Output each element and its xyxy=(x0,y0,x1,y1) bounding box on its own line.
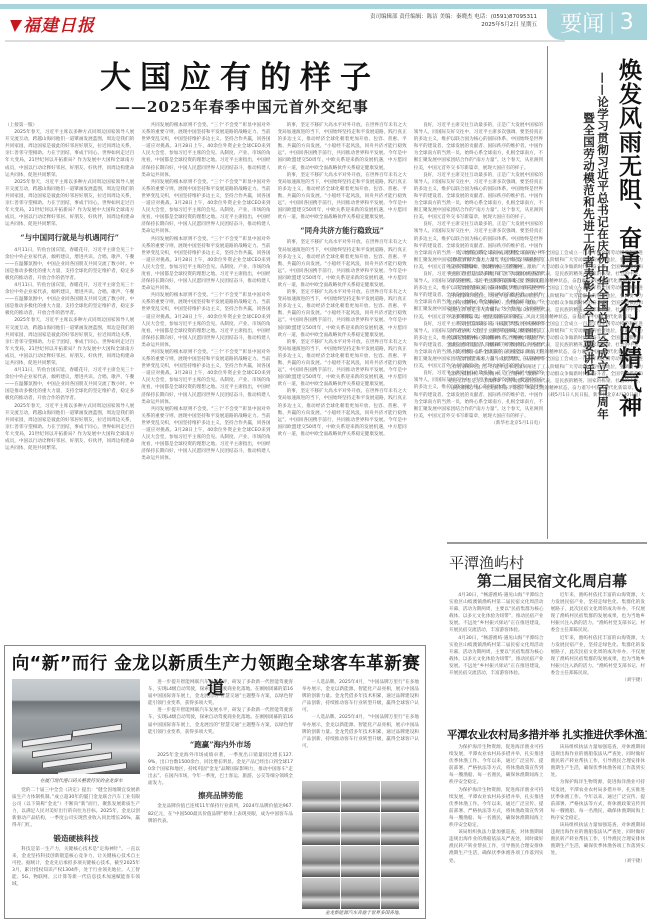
paragraph: 2025年春天，习近平主席以多种方式同周边国家领导人展开交流互动，跨越山海同他们… xyxy=(5,179,134,229)
paragraph: 共同发展的根本原则不会变。“三个‘不会变’”彰显中国对外关系的重要守则，展现中国… xyxy=(141,292,270,349)
lead-headline[interactable]: 大国应有的样子 xyxy=(5,52,475,97)
story-columns: 4月30日，“畅游渔屿·遇见山海”平潭综合实验区山岐澳镇渔屿村第二届民宿文化周活… xyxy=(449,592,645,718)
paragraph: 的事，坚定不移扩大高水平对外开放。在世界百年未有之大变局加速演进的当下，中国始终… xyxy=(278,172,407,222)
paragraph: 2025年金龙海外市场成绩卓著，一季度出口销量同比增长127.9%，出口台数15… xyxy=(148,752,293,787)
paragraph: 劳动创造未来，奋斗成就梦想。在庆祝中华全国总工会成立一百周年暨全国劳动模范和先进… xyxy=(448,321,643,356)
paragraph: 该局组织执法力量加强巡查，对休渔期间违规出海作业的渔船依法从严查处，同时做好渔民… xyxy=(449,829,544,864)
port-buses-photo[interactable] xyxy=(12,679,140,774)
paragraph: 的事，坚定不移扩大高水平对外开放。在世界百年未有之大变局加速演进的当下，中国始终… xyxy=(278,122,407,172)
story-column-2: 该局组织执法力量加强巡查，对休渔期间违规出海作业的渔船依法从严查处，同时做好渔民… xyxy=(551,744,646,922)
paragraph: 2025年春天，习近平主席以多种方式同周边国家领导人展开交流互动，跨越山海同他们… xyxy=(5,129,134,179)
paragraph: 劳动创造未来，奋斗成就梦想。在庆祝中华全国总工会成立一百周年暨全国劳动模范和先进… xyxy=(448,356,643,391)
story-headline-line2[interactable]: 第二届民宿文化周启幕 xyxy=(477,570,627,591)
pingtan-minsu-story[interactable]: 平潭渔屿村 第二届民宿文化周启幕 4月30日，“畅游渔屿·遇见山海”平潭综合实验… xyxy=(447,542,647,718)
masthead-divider xyxy=(5,40,565,42)
paragraph: 共同发展的根本原则不会变。“三个‘不会变’”彰显中国对外关系的重要守则，展现中国… xyxy=(141,179,270,236)
newspaper-logo[interactable]: 福建日报 xyxy=(8,11,95,36)
editor-line: 责司编辑部 责任编辑：陈洁 美编：秦晓杰 电话：(0591)87095311 xyxy=(370,13,537,21)
paragraph: 4月30日，“畅游渔屿·遇见山海”平潭综合实验区山岐澳镇渔屿村第二届民宿文化周活… xyxy=(449,635,544,678)
subhead: 锻造硬核科技 xyxy=(12,835,140,842)
subhead: “跑赢”海内外市场 xyxy=(148,741,293,748)
bus-collage-photo[interactable] xyxy=(302,781,419,909)
section-name: 要闻 xyxy=(560,7,604,38)
issue-date: 2025年5月2日 星期五 xyxy=(370,21,537,29)
story-column-1: 为保护海洋生物资源，促进海洋渔业可持续发展，平潭农业农村局多措并举，扎实推进伏季… xyxy=(449,744,544,922)
paragraph: 共同发展的根本原则不会变。“三个‘不会变’”彰显中国对外关系的重要守则，展现中国… xyxy=(141,122,270,179)
paragraph: 2025年春天，习近平主席以多种方式同周边国家领导人展开交流互动，跨越山海同他们… xyxy=(5,403,134,453)
page-number: 3 xyxy=(620,10,634,35)
paragraph: 劳动创造未来，奋斗成就梦想。在庆祝中华全国总工会成立一百周年暨全国劳动模范和先进… xyxy=(448,250,643,285)
paragraph: 的事，坚定不移扩大高水平对外开放。在世界百年未有之大变局加速演进的当下，中国始终… xyxy=(278,239,407,289)
paragraph: 2025年春天，习近平主席以多种方式同周边国家领导人展开交流互动，跨越山海同他们… xyxy=(5,317,134,367)
paragraph: 4月11日，钓鱼台国宾馆，春暖花开，习近平主席会见三十余位中外企业家代表，倾听建… xyxy=(5,282,134,317)
story-column-2: 近年来，渔屿村依托丰富的山海资源，大力发展民宿产业，坚持走绿色化、集群化的发展路… xyxy=(551,592,646,718)
lead-column-3: 的事，坚定不移扩大高水平对外开放。在世界百年未有之大变局加速演进的当下，中国始终… xyxy=(278,122,407,622)
feature-column-1: 党的二十届三中全会《决定》提出：“健全因地制宜发展新质生产力体制机制。”成立超3… xyxy=(12,787,140,915)
paragraph: 金龙品牌价值已连续11年保持行业前列，2024年品牌价值达967.82亿元，在“… xyxy=(148,803,293,824)
paragraph: 近年来，渔屿村依托丰富的山海资源，大力发展民宿产业，坚持走绿色化、集群化的发展路… xyxy=(551,592,646,635)
paragraph: 该局组织执法力量加强巡查，对休渔期间违规出海作业的渔船依法从严查处，同时做好渔民… xyxy=(551,822,646,857)
paragraph: 为保护海洋生物资源，促进海洋渔业可持续发展，平潭农业农村局多措并举，扎实推进伏季… xyxy=(449,744,544,787)
feature-column-2: 进一步提升智能网联汽车发展水平，研发了多款新一代智能驾驶客车，实现L4级自动驾驶… xyxy=(148,679,293,915)
paragraph: 4月11日，钓鱼台国宾馆，春暖花开，习近平主席会见三十余位中外企业家代表，倾听建… xyxy=(5,247,134,282)
paragraph: 良好，习近平主席交往互动最多的，正是广大发展中国家的领导人。同国际友好交往中，习… xyxy=(414,172,543,222)
subhead: 擦亮品牌势能 xyxy=(148,792,293,799)
paragraph: 一人选品牌。2025年4月，“中国品牌万里行”在多地举办展示，金龙以新能源、智能… xyxy=(302,714,419,749)
logo-flag-icon xyxy=(6,20,22,32)
paragraph: 一人选品牌。2025年4月，“中国品牌万里行”在多地举办展示，金龙以新能源、智能… xyxy=(302,679,419,714)
paragraph: 共同发展的根本原则不会变。“三个‘不会变’”彰显中国对外关系的重要守则，展现中国… xyxy=(141,406,270,463)
story-column-1: 4月30日，“畅游渔屿·遇见山海”平潭综合实验区山岐澳镇渔屿村第二届民宿文化周活… xyxy=(449,592,544,718)
paragraph: 的事，坚定不移扩大高水平对外开放。在世界百年未有之大变局加速演进的当下，中国始终… xyxy=(278,289,407,339)
continuation-note: （上接第一版） xyxy=(5,122,134,129)
author: （刘宇捷） xyxy=(551,677,646,684)
photo-caption: 金龙新能源汽车奔驰于世界多国各地。 xyxy=(325,910,403,916)
pingtan-fishing-story[interactable]: 平潭农业农村局多措并举 扎实推进伏季休渔工作 为保护海洋生物资源，促进海洋渔业可… xyxy=(447,722,647,923)
masthead: 福建日报 责司编辑部 责任编辑：陈洁 美编：秦晓杰 电话：(0591)87095… xyxy=(0,0,647,42)
paragraph: 近年来，渔屿村依托丰富的山海资源，大力发展民宿产业，坚持走绿色化、集群化的发展路… xyxy=(551,635,646,678)
paragraph: 该局组织执法力量加强巡查，对休渔期间违规出海作业的渔船依法从严查处，同时做好渔民… xyxy=(551,744,646,779)
paragraph: 共同发展的根本原则不会变。“三个‘不会变’”彰显中国对外关系的重要守则，展现中国… xyxy=(141,349,270,406)
dateline: （载5月1日人民日报，新华社北京4月30日电） xyxy=(448,392,643,399)
section-separator: | xyxy=(608,10,615,35)
lead-column-1: （上接第一版） 2025年春天，习近平主席以多种方式同周边国家领导人展开交流互动… xyxy=(5,122,134,622)
paragraph: 4月30日，“畅游渔屿·遇见山海”平潭综合实验区山岐澳镇渔屿村第二届民宿文化周活… xyxy=(449,592,544,635)
lead-subheadline: ——2025年春季中国元首外交纪事 xyxy=(115,96,369,117)
paragraph: 进一步提升智能网联汽车发展水平，研发了多款新一代智能驾驶客车，实现L4级自动驾驶… xyxy=(148,679,293,707)
story-headline[interactable]: 平潭农业农村局多措并举 扎实推进伏季休渔工作 xyxy=(447,727,647,742)
section-tab[interactable]: 要闻 | 3 xyxy=(547,4,647,40)
logo-text: 福建日报 xyxy=(23,16,95,36)
paragraph: 共同发展的根本原则不会变。“三个‘不会变’”彰显中国对外关系的重要守则，展现中国… xyxy=(141,236,270,293)
paragraph: 4月11日，钓鱼台国宾馆，春暖花开，习近平主席会见三十余位中外企业家代表，倾听建… xyxy=(5,367,134,402)
paragraph: 党的二十届三中全会《决定》提出：“健全因地制宜发展新质生产力体制机制。”成立超3… xyxy=(12,787,140,830)
king-long-feature[interactable]: 向“新”而行 金龙以新质生产力领跑全球客车革新赛道 在厦门现代港口码头整装待发的… xyxy=(4,645,426,919)
paragraph: 科技是第一生产力，关键核心技术是“定海神针”。一直以来，金龙坚持科技创新锻造核心… xyxy=(12,846,140,889)
paragraph: 进一步提升智能网联汽车发展水平，研发了多款新一代智能驾驶客车，实现L4级自动驾驶… xyxy=(148,707,293,735)
editor-credits: 责司编辑部 责任编辑：陈洁 美编：秦晓杰 电话：(0591)87095311 2… xyxy=(370,13,537,29)
paragraph: 为保护海洋生物资源，促进海洋渔业可持续发展，平潭农业农村局多措并举，扎实推进伏季… xyxy=(449,787,544,830)
paragraph: 的事，坚定不移扩大高水平对外开放。在世界百年未有之大变局加速演进的当下，中国始终… xyxy=(278,339,407,389)
photo-caption: 在厦门现代港口码头整装待发的金龙客车 xyxy=(40,778,123,784)
paragraph: 良好，习近平主席交往互动最多的，正是广大发展中国家的领导人。同国际友好交往中，习… xyxy=(414,122,543,172)
lead-column-2: 共同发展的根本原则不会变。“三个‘不会变’”彰显中国对外关系的重要守则，展现中国… xyxy=(141,122,270,622)
feature-column-3: 一人选品牌。2025年4月，“中国品牌万里行”在多地举办展示，金龙以新能源、智能… xyxy=(302,679,419,777)
subhead: “同舟共济方能行稳致远” xyxy=(278,227,407,234)
paragraph: 的事，坚定不移扩大高水平对外开放。在世界百年未有之大变局加速演进的当下，中国始终… xyxy=(278,388,407,438)
commentary-body: 劳动创造未来，奋斗成就梦想。在庆祝中华全国总工会成立一百周年暨全国劳动模范和先进… xyxy=(448,250,643,520)
paragraph: 为保护海洋生物资源，促进海洋渔业可持续发展，平潭农业农村局多措并举，扎实推进伏季… xyxy=(551,779,646,822)
paragraph: 劳动创造未来，奋斗成就梦想。在庆祝中华全国总工会成立一百周年暨全国劳动模范和先进… xyxy=(448,285,643,320)
subhead: “与中国同行就是与机遇同行” xyxy=(5,234,134,241)
author: （刘宇捷） xyxy=(551,858,646,865)
story-columns: 为保护海洋生物资源，促进海洋渔业可持续发展，平潭农业农村局多措并举，扎实推进伏季… xyxy=(449,744,645,922)
